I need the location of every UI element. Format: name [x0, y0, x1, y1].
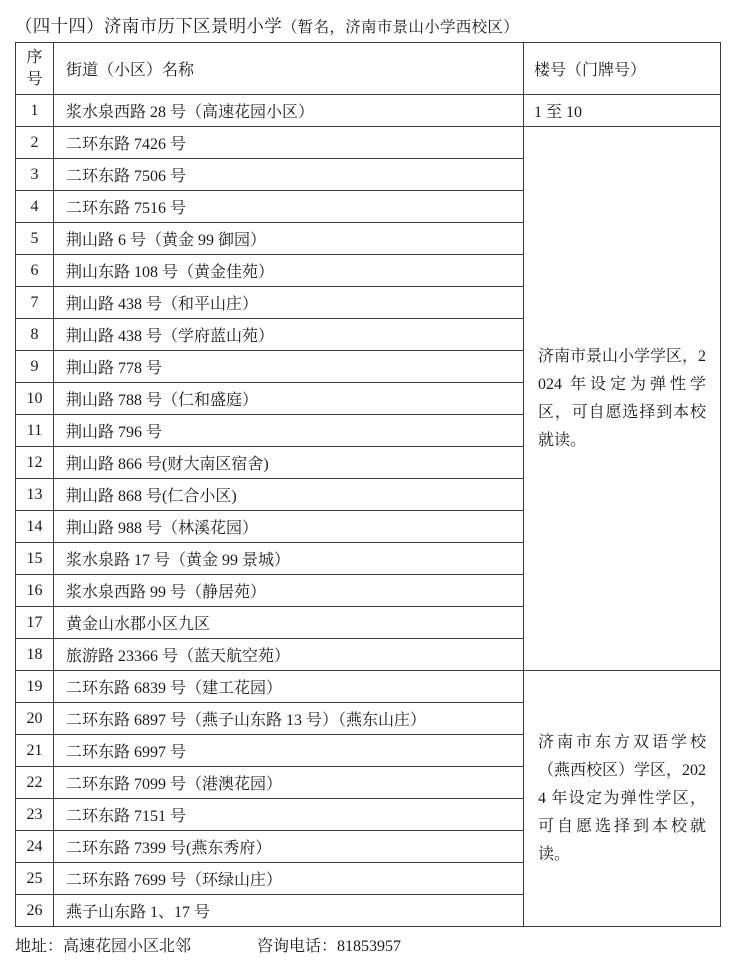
serial-number-cell: 1	[16, 95, 54, 127]
table-row: 19二环东路 6839 号（建工花园）济南市东方双语学校（燕西校区）学区，202…	[16, 671, 721, 703]
document-page: （四十四）济南市历下区景明小学（暂名，济南市景山小学西校区） 序号 街道（小区）…	[0, 0, 740, 958]
footer: 地址：高速花园小区北邻咨询电话：81853957	[15, 936, 740, 958]
street-name-cell: 浆水泉路 17 号（黄金 99 景城）	[54, 543, 524, 575]
serial-number-cell: 3	[16, 159, 54, 191]
serial-number-cell: 20	[16, 703, 54, 735]
street-name-cell: 荆山路 6 号（黄金 99 御园）	[54, 223, 524, 255]
street-name-cell: 燕子山东路 1、17 号	[54, 895, 524, 927]
serial-number-cell: 19	[16, 671, 54, 703]
school-district-table: 序号 街道（小区）名称 楼号（门牌号） 1浆水泉西路 28 号（高速花园小区）1…	[15, 42, 721, 927]
street-name-cell: 荆山路 438 号（学府蓝山苑）	[54, 319, 524, 351]
street-name-cell: 荆山东路 108 号（黄金佳苑）	[54, 255, 524, 287]
serial-number-cell: 18	[16, 639, 54, 671]
district-note-cell: 济南市东方双语学校（燕西校区）学区，2024 年设定为弹性学区，可自愿选择到本校…	[524, 671, 721, 927]
serial-number-cell: 6	[16, 255, 54, 287]
serial-number-cell: 10	[16, 383, 54, 415]
street-name-cell: 二环东路 6997 号	[54, 735, 524, 767]
serial-number-cell: 2	[16, 127, 54, 159]
serial-number-cell: 22	[16, 767, 54, 799]
serial-number-cell: 14	[16, 511, 54, 543]
table-row: 1浆水泉西路 28 号（高速花园小区）1 至 10	[16, 95, 721, 127]
street-name-cell: 浆水泉西路 99 号（静居苑）	[54, 575, 524, 607]
page-title: （四十四）济南市历下区景明小学（暂名，济南市景山小学西校区）	[15, 15, 740, 39]
street-name-cell: 二环东路 7099 号（港澳花园）	[54, 767, 524, 799]
serial-number-cell: 21	[16, 735, 54, 767]
street-name-cell: 浆水泉西路 28 号（高速花园小区）	[54, 95, 524, 127]
street-name-cell: 荆山路 788 号（仁和盛庭）	[54, 383, 524, 415]
street-name-cell: 荆山路 778 号	[54, 351, 524, 383]
header-serial-number: 序号	[16, 43, 54, 95]
serial-number-cell: 17	[16, 607, 54, 639]
street-name-cell: 二环东路 6897 号（燕子山东路 13 号）（燕东山庄）	[54, 703, 524, 735]
street-name-cell: 荆山路 438 号（和平山庄）	[54, 287, 524, 319]
table-row: 2二环东路 7426 号济南市景山小学学区，2024 年设定为弹性学区，可自愿选…	[16, 127, 721, 159]
building-number-cell: 1 至 10	[524, 95, 721, 127]
street-name-cell: 二环东路 7426 号	[54, 127, 524, 159]
footer-phone: 咨询电话：81853957	[257, 938, 401, 955]
street-name-cell: 二环东路 7151 号	[54, 799, 524, 831]
serial-number-cell: 8	[16, 319, 54, 351]
serial-number-cell: 26	[16, 895, 54, 927]
header-street-name: 街道（小区）名称	[54, 43, 524, 95]
street-name-cell: 二环东路 7506 号	[54, 159, 524, 191]
footer-address: 地址：高速花园小区北邻	[15, 938, 191, 955]
street-name-cell: 旅游路 23366 号（蓝天航空苑）	[54, 639, 524, 671]
serial-number-cell: 12	[16, 447, 54, 479]
serial-number-cell: 11	[16, 415, 54, 447]
serial-number-cell: 25	[16, 863, 54, 895]
page-title-sub: （暂名，济南市景山小学西校区）	[282, 19, 519, 36]
serial-number-cell: 16	[16, 575, 54, 607]
street-name-cell: 二环东路 7516 号	[54, 191, 524, 223]
table-header-row: 序号 街道（小区）名称 楼号（门牌号）	[16, 43, 721, 95]
serial-number-cell: 4	[16, 191, 54, 223]
district-note-cell: 济南市景山小学学区，2024 年设定为弹性学区，可自愿选择到本校就读。	[524, 127, 721, 671]
serial-number-cell: 23	[16, 799, 54, 831]
street-name-cell: 二环东路 6839 号（建工花园）	[54, 671, 524, 703]
header-building-number: 楼号（门牌号）	[524, 43, 721, 95]
street-name-cell: 二环东路 7399 号(燕东秀府）	[54, 831, 524, 863]
serial-number-cell: 5	[16, 223, 54, 255]
serial-number-cell: 9	[16, 351, 54, 383]
serial-number-cell: 7	[16, 287, 54, 319]
serial-number-cell: 13	[16, 479, 54, 511]
street-name-cell: 荆山路 866 号(财大南区宿舍)	[54, 447, 524, 479]
street-name-cell: 荆山路 988 号（林溪花园）	[54, 511, 524, 543]
street-name-cell: 荆山路 868 号(仁合小区)	[54, 479, 524, 511]
street-name-cell: 荆山路 796 号	[54, 415, 524, 447]
street-name-cell: 二环东路 7699 号（环绿山庄）	[54, 863, 524, 895]
serial-number-cell: 24	[16, 831, 54, 863]
page-title-main: （四十四）济南市历下区景明小学	[15, 16, 282, 36]
street-name-cell: 黄金山水郡小区九区	[54, 607, 524, 639]
serial-number-cell: 15	[16, 543, 54, 575]
